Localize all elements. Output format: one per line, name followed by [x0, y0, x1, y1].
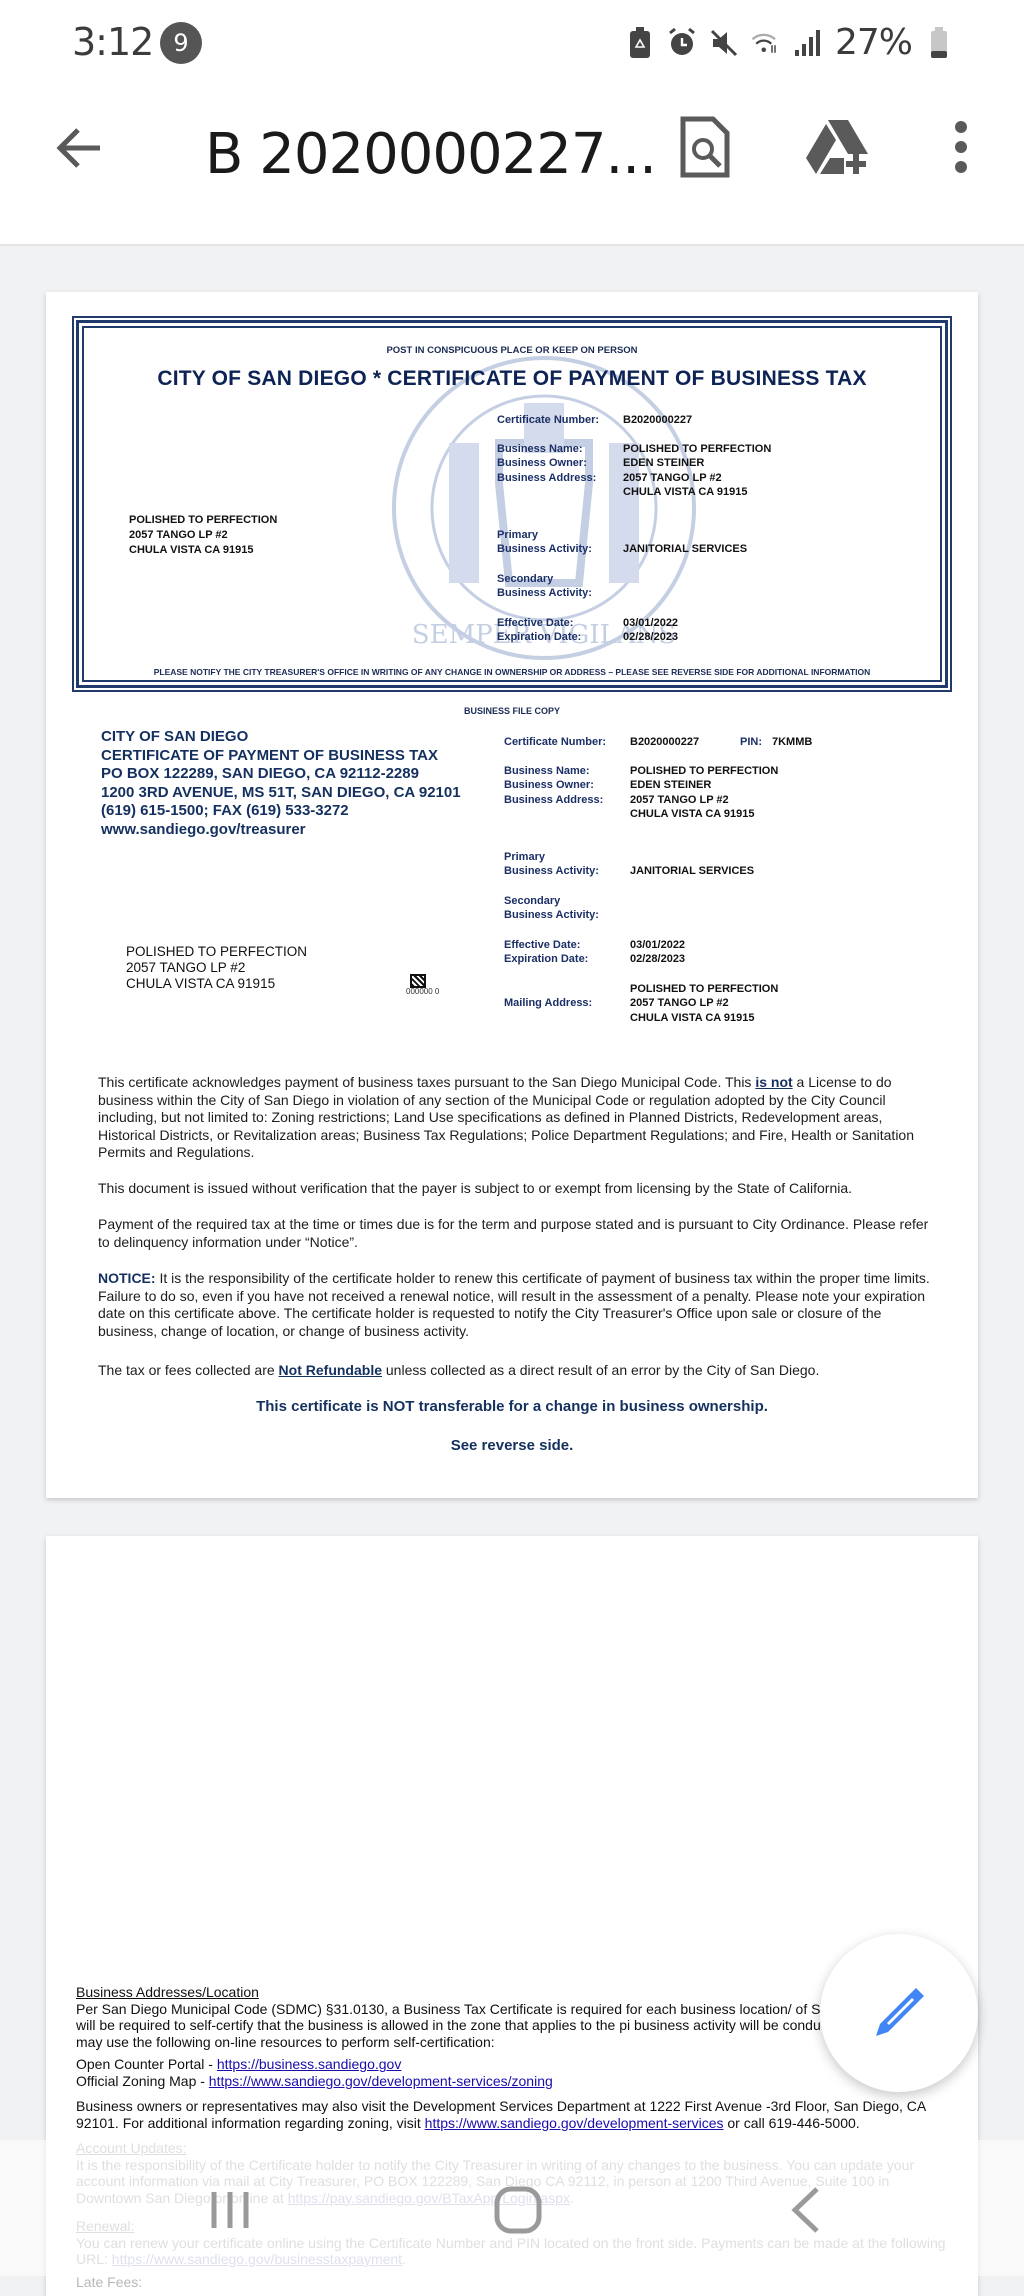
- refund-paragraph: The tax or fees collected are Not Refund…: [98, 1362, 938, 1380]
- open-counter-portal-link[interactable]: https://business.sandiego.gov: [217, 2056, 401, 2072]
- primary-activity: JANITORIAL SERVICES: [623, 542, 747, 557]
- notification-count-badge: 9: [160, 22, 202, 64]
- certificate-number: B2020000227: [623, 413, 692, 428]
- back-nav-button[interactable]: [775, 2180, 835, 2240]
- recent-apps-icon: [208, 2188, 252, 2232]
- location-heading: Business Addresses/Location: [76, 1984, 259, 2000]
- document-title: B 2020000227...: [205, 122, 656, 187]
- terms-paragraph-1: This certificate acknowledges payment of…: [98, 1074, 938, 1162]
- notice-paragraph: NOTICE: It is the responsibility of the …: [98, 1270, 938, 1340]
- terms-paragraph-3: Payment of the required tax at the time …: [98, 1216, 938, 1251]
- certificate-card: SEMPER VIGILANS POST IN CONSPICUOUS PLAC…: [76, 320, 948, 688]
- datamatrix-barcode: 000000 0: [406, 974, 439, 996]
- more-options-button[interactable]: [928, 114, 994, 180]
- alarm-icon: [667, 26, 697, 60]
- terms-paragraph-2: This document is issued without verifica…: [98, 1180, 938, 1198]
- mute-icon: [709, 26, 739, 60]
- see-reverse-notice: See reverse side.: [46, 1437, 978, 1454]
- pencil-icon: [870, 1984, 928, 2042]
- business-name: POLISHED TO PERFECTION: [623, 442, 771, 457]
- business-address: 2057 TANGO LP #2CHULA VISTA CA 91915: [623, 471, 748, 500]
- add-to-drive-button[interactable]: [806, 114, 872, 180]
- expiration-date: 02/28/2023: [623, 630, 678, 645]
- back-button[interactable]: [50, 118, 110, 178]
- business-file-copy-heading: BUSINESS FILE COPY: [46, 706, 978, 716]
- resource-links: Open Counter Portal - https://business.s…: [76, 2056, 956, 2089]
- clock: 3:12: [72, 20, 153, 64]
- recent-apps-button[interactable]: [200, 2180, 260, 2240]
- signal-icon: [793, 26, 823, 60]
- file-copy-address-block: POLISHED TO PERFECTION 2057 TANGO LP #2 …: [126, 944, 307, 992]
- battery-saver-icon: [625, 26, 655, 60]
- dsd-paragraph: Business owners or representatives may a…: [76, 2098, 956, 2131]
- pin: 7KMMB: [772, 735, 812, 750]
- battery-percent: 27%: [835, 22, 912, 63]
- footer-notice: PLEASE NOTIFY THE CITY TREASURER'S OFFIC…: [79, 667, 945, 677]
- status-bar: 3:12 9 27%: [0, 0, 1024, 86]
- home-icon: [493, 2185, 543, 2235]
- find-in-document-button[interactable]: [672, 114, 738, 180]
- home-button[interactable]: [488, 2180, 548, 2240]
- zoning-map-link[interactable]: https://www.sandiego.gov/development-ser…: [209, 2073, 553, 2089]
- document-page-1: SEMPER VIGILANS POST IN CONSPICUOUS PLAC…: [46, 292, 978, 1498]
- chevron-left-icon: [785, 2185, 825, 2235]
- edit-fab-button[interactable]: [820, 1934, 978, 2092]
- search-document-icon: [679, 115, 731, 179]
- certificate-fields: Certificate Number:B2020000227 Business …: [497, 413, 771, 645]
- file-copy-fields: Certificate Number:B2020000227PIN:7KMMB …: [504, 735, 812, 1025]
- wifi-icon: [751, 26, 781, 60]
- treasurer-office-block: CITY OF SAN DIEGO CERTIFICATE OF PAYMENT…: [101, 728, 461, 839]
- not-transferable-notice: This certificate is NOT transferable for…: [46, 1398, 978, 1415]
- effective-date: 03/01/2022: [623, 616, 678, 631]
- arrow-left-icon: [50, 118, 110, 178]
- app-bar: B 2020000227...: [0, 86, 1024, 246]
- add-to-drive-icon: [806, 118, 872, 176]
- certificate-mailing-block: POLISHED TO PERFECTION 2057 TANGO LP #2 …: [129, 513, 277, 558]
- certificate-title: CITY OF SAN DIEGO * CERTIFICATE OF PAYME…: [79, 367, 945, 391]
- more-vertical-icon: [951, 119, 971, 175]
- post-notice: POST IN CONSPICUOUS PLACE OR KEEP ON PER…: [79, 345, 945, 356]
- business-owner: EDEN STEINER: [623, 456, 704, 471]
- battery-icon: [924, 26, 954, 60]
- system-navigation-bar: [0, 2140, 1024, 2276]
- development-services-link[interactable]: https://www.sandiego.gov/development-ser…: [425, 2115, 724, 2131]
